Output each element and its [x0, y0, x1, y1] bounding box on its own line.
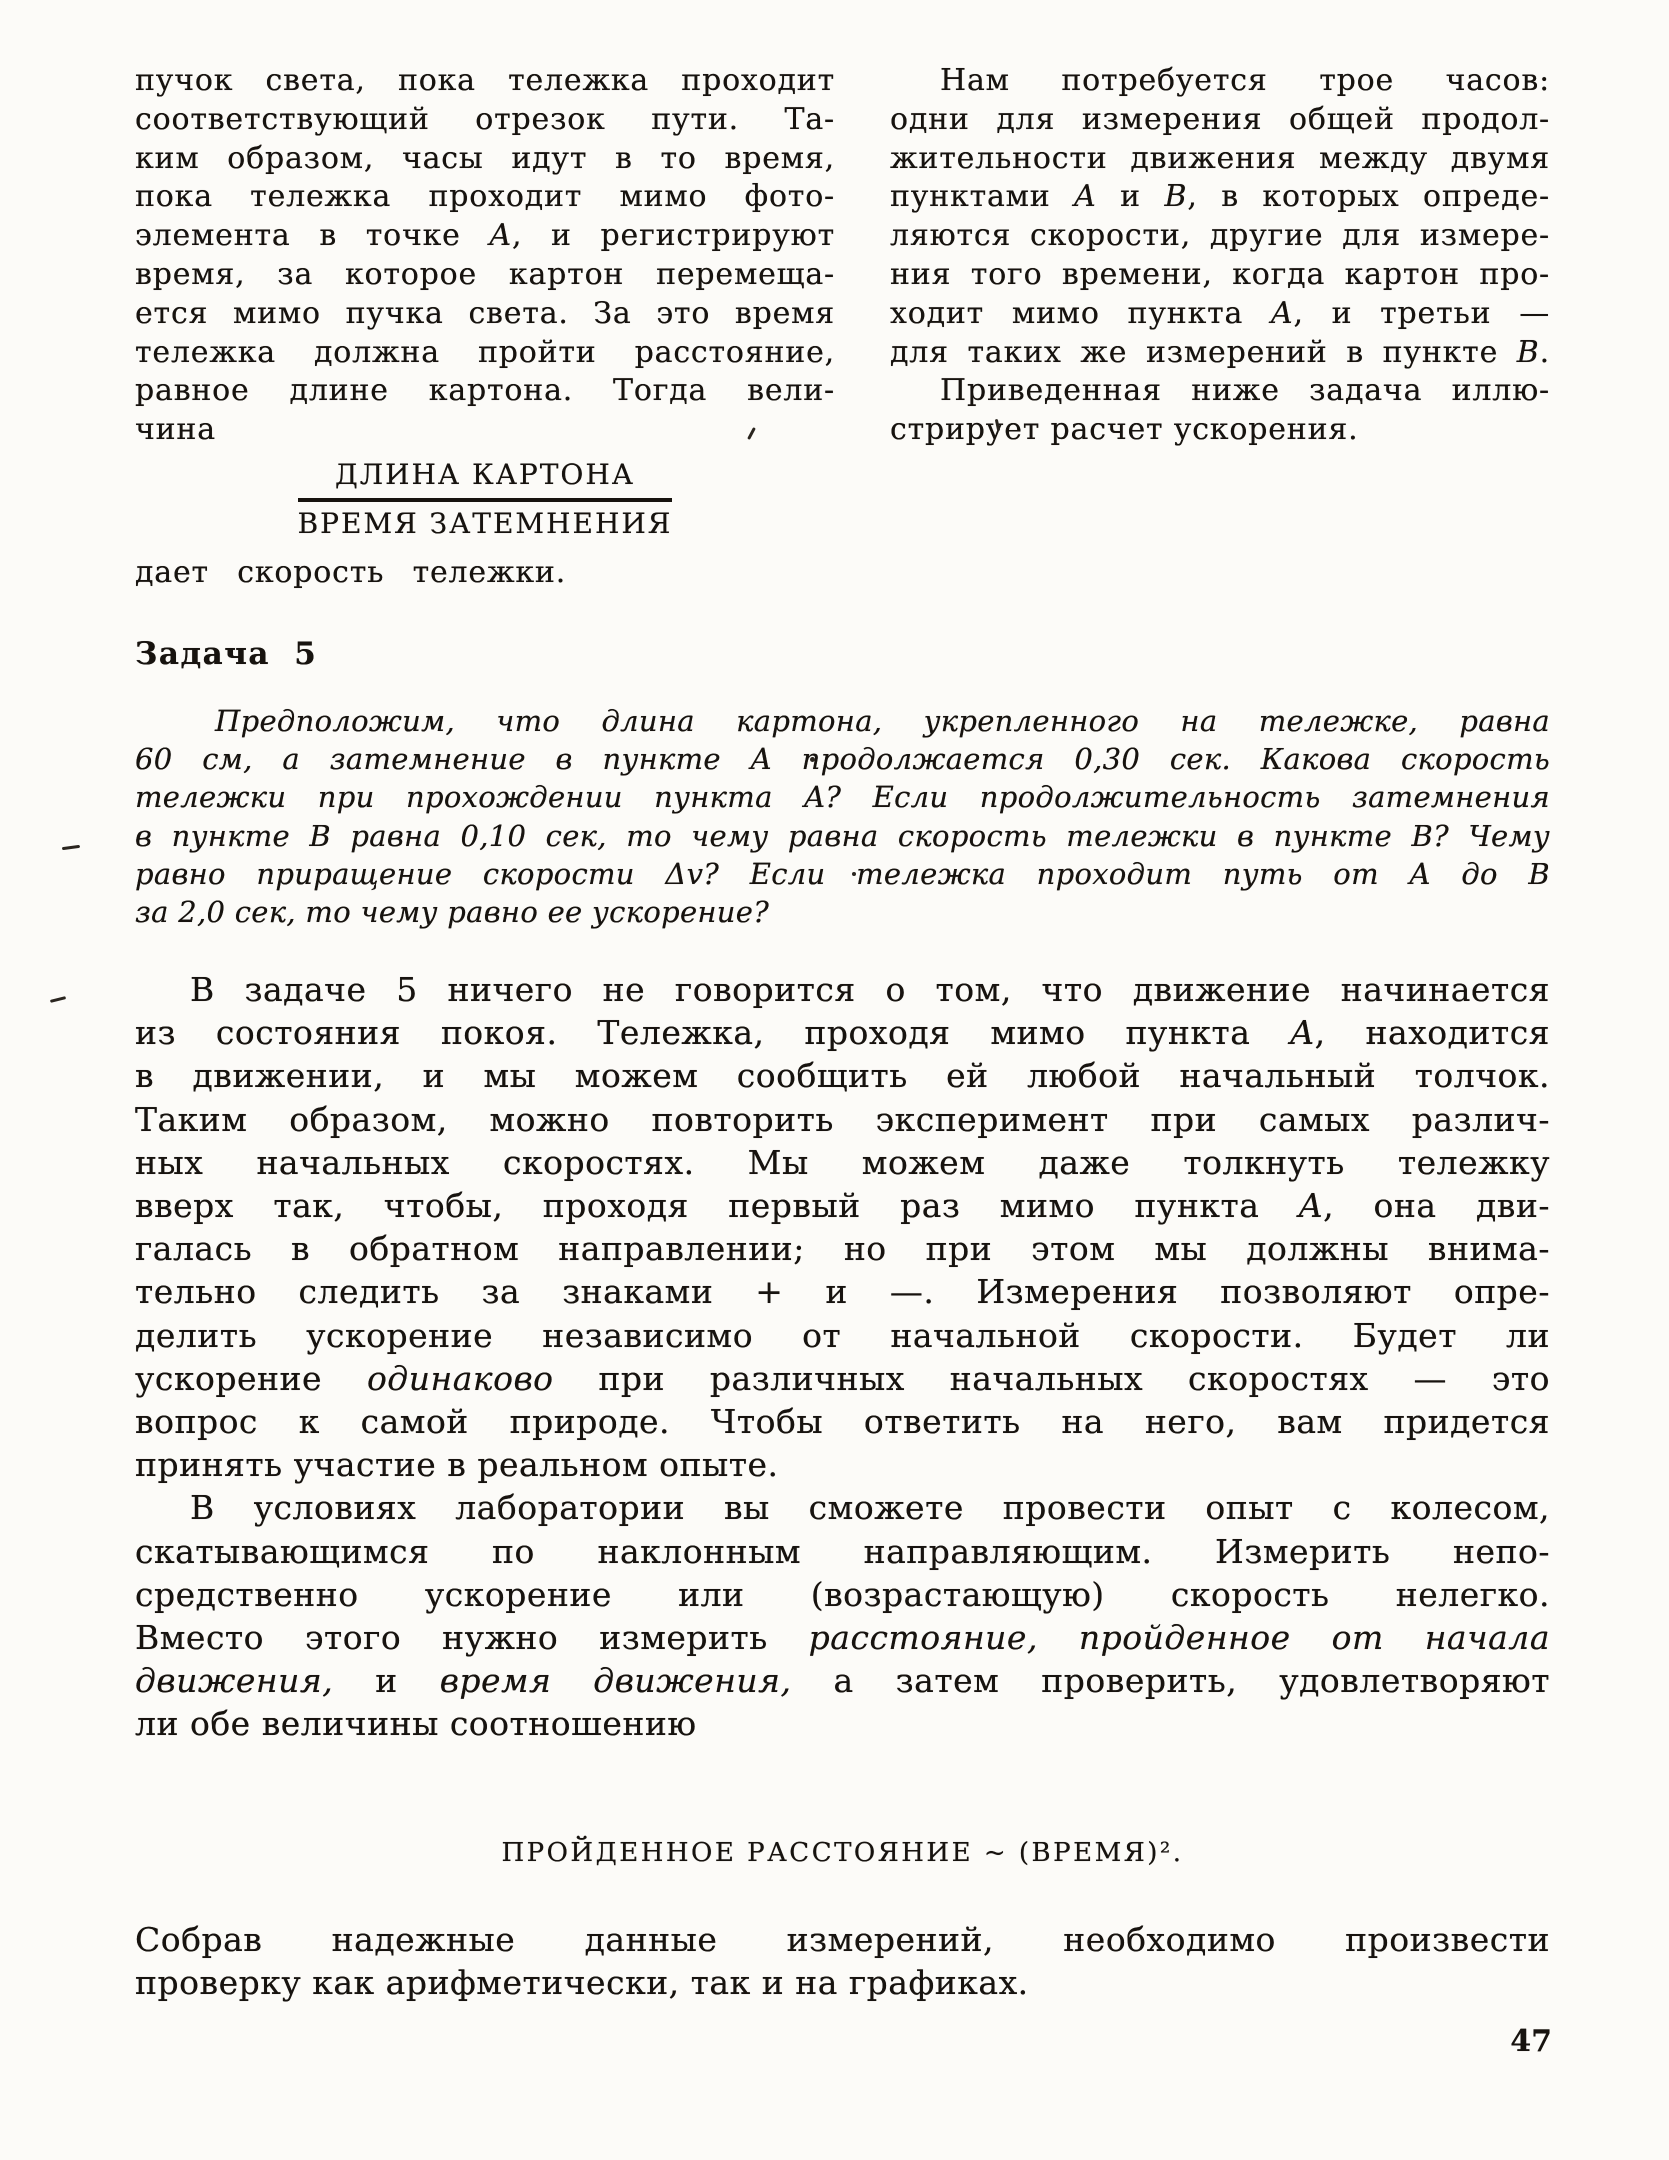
text-line: равное длине картона. Тогда вели- [135, 372, 835, 411]
text-line: пока тележка проходит мимо фото- [135, 178, 835, 217]
text-line: Предположим, что длина картона, укреплен… [135, 702, 1550, 740]
text-line: соответствующий отрезок пути. Та- [135, 101, 835, 140]
text-line: движения, и время движения, а затем пров… [135, 1659, 1550, 1702]
text-line: вопрос к самой природе. Чтобы ответить н… [135, 1400, 1550, 1443]
text-line: галась в обратном направлении; но при эт… [135, 1227, 1550, 1270]
text-line: чина [135, 411, 835, 450]
text-line: из состояния покоя. Тележка, проходя мим… [135, 1011, 1550, 1054]
text-line: делить ускорение независимо от начальной… [135, 1314, 1550, 1357]
fraction-numerator: ДЛИНА КАРТОНА [298, 458, 673, 502]
book-page: пучок света, пока тележка проходитсоотве… [0, 0, 1669, 2160]
problem-statement: Предположим, что длина картона, укреплен… [135, 702, 1550, 931]
text-line: средственно ускорение или (возрастающую)… [135, 1573, 1550, 1616]
text-line: В задаче 5 ничего не говорится о том, чт… [135, 968, 1550, 1011]
text-line: стрирует расчет ускорения. [890, 411, 1550, 450]
right-column-paragraph-2: Приведенная ниже задача иллю-стрирует ра… [890, 372, 1550, 450]
text-line: скатывающимся по наклонным направляющим.… [135, 1530, 1550, 1573]
scan-speck [810, 757, 815, 762]
scan-speck [852, 872, 856, 876]
proportionality-formula: ПРОЙДЕННОЕ РАССТОЯНИЕ ~ (ВРЕМЯ)². [135, 1838, 1550, 1868]
text-line: проверку как арифметически, так и на гра… [135, 1961, 1550, 2004]
closing-paragraph: Собрав надежные данные измерений, необхо… [135, 1918, 1550, 2004]
text-line: время, за которое картон перемеща- [135, 256, 835, 295]
text-line: тельно следить за знаками + и —. Измерен… [135, 1270, 1550, 1313]
problem-heading: Задача 5 [135, 636, 317, 672]
text-line: 60 см, а затемнение в пункте A продолжае… [135, 740, 1550, 778]
text-line: ходит мимо пункта A, и третьи — [890, 295, 1550, 334]
fraction-denominator: ВРЕМЯ ЗАТЕМНЕНИЯ [298, 502, 673, 540]
main-body-text: В задаче 5 ничего не говорится о том, чт… [135, 968, 1550, 1746]
text-line: для таких же измерений в пункте B. [890, 334, 1550, 373]
text-line: Приведенная ниже задача иллю- [890, 372, 1550, 411]
text-line: Таким образом, можно повторить экспериме… [135, 1098, 1550, 1141]
text-line: вверх так, чтобы, проходя первый раз мим… [135, 1184, 1550, 1227]
text-line: ли обе величины соотношению [135, 1702, 1550, 1745]
right-column: Нам потребуется трое часов:одни для изме… [890, 62, 1550, 590]
fraction-formula: ДЛИНА КАРТОНА ВРЕМЯ ЗАТЕМНЕНИЯ [135, 458, 835, 540]
text-line: за 2,0 сек, то чему равно ее ускорение? [135, 893, 1550, 931]
text-line: В условиях лаборатории вы сможете провес… [135, 1486, 1550, 1529]
text-line: в пункте B равна 0,10 сек, то чему равна… [135, 817, 1550, 855]
text-line: равно приращение скорости Δv? Если тележ… [135, 855, 1550, 893]
text-line: жительности движения между двумя [890, 140, 1550, 179]
two-column-section: пучок света, пока тележка проходитсоотве… [135, 62, 1550, 590]
text-line: ется мимо пучка света. За это время [135, 295, 835, 334]
text-line: пунктами A и B, в которых опреде- [890, 178, 1550, 217]
scan-speck [62, 845, 80, 850]
scan-speck [50, 996, 66, 1003]
text-line: Собрав надежные данные измерений, необхо… [135, 1918, 1550, 1961]
right-column-paragraph-1: Нам потребуется трое часов:одни для изме… [890, 62, 1550, 372]
text-line: пучок света, пока тележка проходит [135, 62, 835, 101]
text-line: ускорение одинаково при различных началь… [135, 1357, 1550, 1400]
text-line: одни для измерения общей продол- [890, 101, 1550, 140]
text-line: Вместо этого нужно измерить расстояние, … [135, 1616, 1550, 1659]
text-line: ляются скорости, другие для измере- [890, 217, 1550, 256]
text-line: ных начальных скоростях. Мы можем даже т… [135, 1141, 1550, 1184]
text-line: принять участие в реальном опыте. [135, 1443, 1550, 1486]
text-line: в движении, и мы можем сообщить ей любой… [135, 1054, 1550, 1097]
fraction-result-text: дает скорость тележки. [135, 555, 835, 590]
left-column-paragraph: пучок света, пока тележка проходитсоотве… [135, 62, 835, 450]
text-line: тележка должна пройти расстояние, [135, 334, 835, 373]
text-line: тележки при прохождении пункта A? Если п… [135, 778, 1550, 816]
text-line: элемента в точке A, и регистрируют [135, 217, 835, 256]
page-number: 47 [1510, 2024, 1552, 2059]
text-line: Нам потребуется трое часов: [890, 62, 1550, 101]
fraction-inner: ДЛИНА КАРТОНА ВРЕМЯ ЗАТЕМНЕНИЯ [298, 458, 673, 540]
text-line: ния того времени, когда картон про- [890, 256, 1550, 295]
left-column: пучок света, пока тележка проходитсоотве… [135, 62, 835, 590]
text-line: ким образом, часы идут в то время, [135, 140, 835, 179]
